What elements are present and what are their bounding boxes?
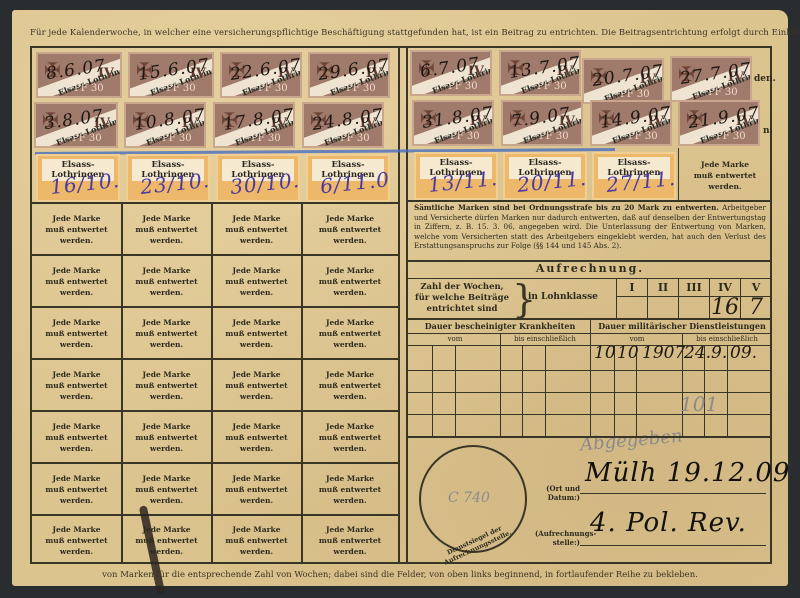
military-header: Dauer militärischer Dienstleistungen: [592, 321, 772, 331]
brown-stamp: ✠ Elsass-Lothringen IV PF 30 27.7.07: [670, 56, 752, 102]
divider: [590, 318, 591, 436]
empty-stamp-field: Jede Markemuß entwertet werden.: [302, 358, 398, 410]
stamp-value: PF 30: [708, 87, 738, 98]
notice-bold: Sämtliche Marken sind bei Ordnungsstrafe…: [414, 203, 719, 212]
cell-line-2: muß entwertet werden.: [122, 276, 211, 298]
place-date-value: Mülh 19.12.09: [585, 458, 790, 488]
stamp-value: PF 30: [716, 131, 746, 142]
orange-stamp: Elsass-Lothringen 27/11.09: [592, 152, 676, 200]
cell-line-1: Jede Marke: [142, 213, 190, 224]
brown-stamp: ✠ Elsass-Lothringen IV PF 30 21.9.07: [678, 100, 760, 146]
cell-line-2: muß entwertet werden.: [302, 535, 398, 557]
empty-stamp-field: Jede Markemuß entwertet werden.: [122, 514, 211, 564]
cell-line-1: Jede Marke: [326, 213, 374, 224]
stamp-value: PF 30: [537, 81, 567, 92]
military-from-label: vom: [592, 335, 682, 343]
cell-line-1: Jede Marke: [326, 369, 374, 380]
illness-from-label: vom: [410, 335, 500, 343]
brown-stamp: ✠ Elsass-Lothringen IV PF 30 20.7.07: [582, 58, 664, 104]
orange-stamp: Elsass-Lothringen 23/10.09: [126, 154, 210, 202]
stamp-value: PF 30: [448, 81, 478, 92]
cell-line-2: muß entwertet werden.: [302, 380, 398, 402]
empty-stamp-field: Jede Markemuß entwertet werden.: [32, 462, 121, 514]
cell-line-2: muß entwertet werden.: [122, 224, 211, 246]
stamp-value: PF 30: [162, 133, 192, 144]
cell-line-1: Jede Marke: [232, 473, 280, 484]
class-value-IV: 16: [710, 295, 740, 320]
brown-stamp: ✠ Elsass-Lothringen IV PF 30 8.6.07: [36, 52, 122, 98]
orange-stamp: Elsass-Lothringen 30/10.09: [216, 154, 300, 202]
brown-stamp: ✠ Elsass-Lothringen IV PF 30 10.8.07: [124, 102, 206, 148]
cell-line-2: muß entwertet werden.: [302, 224, 398, 246]
empty-stamp-field: Jede Markemuß entwertet werden.: [212, 462, 301, 514]
cell-line-2: muß entwertet werden.: [212, 276, 301, 298]
section-divider: [408, 200, 772, 202]
cell-line-2: muß entwertet werden.: [212, 535, 301, 557]
empty-stamp-field: Jede Markemuß entwertet werden.: [122, 410, 211, 462]
brown-stamp: ✠ Elsass-Lothringen IV PF 30 7.9.07: [501, 100, 583, 146]
cell-line-1: Jede Marke: [142, 265, 190, 276]
place-date-label: (Ort und Datum:): [540, 485, 580, 502]
cell-line-1: Jede Marke: [52, 369, 100, 380]
empty-stamp-field: Jede Markemuß entwertet werden.: [122, 306, 211, 358]
grid-line: [455, 345, 456, 436]
military-from-day: 10: [594, 343, 616, 363]
empty-stamp-field: Jede Markemuß entwertet werden.: [212, 358, 301, 410]
stamp-value: PF 30: [628, 131, 658, 142]
divider: [408, 333, 772, 334]
aufrechnung-title: Aufrechnung.: [408, 262, 772, 275]
section-divider: [408, 436, 772, 438]
pencil-note: 101: [680, 392, 718, 416]
cell-line-2: muß entwertet werden.: [122, 432, 211, 454]
grid-line: [522, 345, 523, 436]
stamp-value: PF 30: [346, 83, 376, 94]
empty-stamp-field: Jede Markemuß entwertet werden.: [32, 202, 121, 254]
office-line: [580, 545, 766, 546]
brown-stamp: ✠ Elsass-Lothringen IV PF 30 6.7.07: [410, 50, 492, 96]
empty-stamp-field: Jede Markemuß entwertet werden.: [122, 254, 211, 306]
empty-stamp-field: Jede Markemuß entwertet werden.: [32, 358, 121, 410]
cell-line-2: muß entwertet werden.: [122, 380, 211, 402]
cell-line-2: muß entwertet werden.: [212, 224, 301, 246]
grid-line: [500, 333, 501, 436]
divider: [678, 148, 679, 200]
brown-stamp: ✠ Elsass-Lothringen IV PF 30 14.9.07: [590, 100, 672, 146]
cell-line-2: muß entwertet werden.: [302, 484, 398, 506]
military-to-year: 09.: [730, 343, 757, 363]
cell-line-2: muß entwertet werden.: [32, 276, 121, 298]
stamp-value: PF 30: [450, 131, 480, 142]
cell-line-1: Jede Marke: [142, 421, 190, 432]
empty-stamp-field: Jede Markemuß entwertet werden.: [212, 410, 301, 462]
military-to-label: bis einschließlich: [682, 335, 772, 343]
cell-line-2: muß entwertet werden.: [212, 484, 301, 506]
empty-stamp-field: Jede Markemuß entwertet werden.: [32, 254, 121, 306]
seal-pencil-note: C 740: [448, 490, 490, 506]
cell-line-1: Jede Marke: [326, 421, 374, 432]
empty-stamp-field: Jede Markemuß entwertet werden.: [302, 462, 398, 514]
stamp-value: PF 30: [166, 83, 196, 94]
cell-line-1: Jede Marke: [232, 369, 280, 380]
stamp-value: PF 30: [340, 133, 370, 144]
footer-instruction: von Marken für die entsprechende Zahl vo…: [30, 570, 770, 580]
grid-line: [432, 345, 433, 436]
cell-line-2: muß entwertet werden.: [122, 535, 211, 557]
cell-line-1: Jede Marke: [142, 317, 190, 328]
cell-line-2: muß entwertet werden.: [122, 484, 211, 506]
grid-line: [545, 345, 546, 436]
cell-line-1: Jede Marke: [701, 159, 749, 170]
cell-line-1: Jede Marke: [232, 317, 280, 328]
class-header-IV: IV: [710, 281, 740, 294]
empty-stamp-field: Jede Markemuß entwertet werden.: [32, 306, 121, 358]
cell-line-1: Jede Marke: [142, 473, 190, 484]
brown-stamp: ✠ Elsass-Lothringen IV PF 30 15.6.07: [128, 52, 214, 98]
cell-line-2: muß entwertet werden.: [32, 484, 121, 506]
cell-line-2: muß entwertet werden.: [32, 380, 121, 402]
cell-line-2: muß entwertet werden.: [122, 328, 211, 350]
center-divider: [398, 46, 408, 564]
cell-line-2: muß entwertet werden.: [32, 432, 121, 454]
empty-stamp-field: Jede Markemuß entwertet werden.: [212, 514, 301, 564]
cell-line-2: muß entwertet werden.: [212, 432, 301, 454]
cell-line-1: Jede Marke: [52, 265, 100, 276]
place-date-line: [580, 493, 766, 494]
cell-line-1: Jede Marke: [326, 265, 374, 276]
stamp-value: PF 30: [620, 89, 650, 100]
orange-stamp: Elsass-Lothringen 20/11.09: [503, 152, 587, 200]
empty-stamp-field: Jede Marke muß entwertet werden.: [680, 150, 770, 200]
empty-stamp-field: Jede Markemuß entwertet werden.: [122, 358, 211, 410]
orange-stamp: Elsass-Lothringen 13/11.09: [414, 152, 498, 200]
cell-line-1: Jede Marke: [52, 473, 100, 484]
cell-line-1: Jede Marke: [326, 524, 374, 535]
grid-line: [408, 370, 772, 371]
row-suffix: den.: [754, 74, 776, 84]
cell-line-1: Jede Marke: [326, 473, 374, 484]
cell-line-2: muß entwertet werden.: [32, 328, 121, 350]
military-from-year: 1907: [642, 343, 685, 363]
military-from-month: 10: [617, 343, 639, 363]
weeks-label: Zahl der Wochen, für welche Beiträge ent…: [412, 282, 512, 315]
military-to-daymonth: 24.9.: [684, 343, 727, 363]
empty-stamp-field: Jede Markemuß entwertet werden.: [32, 410, 121, 462]
stamp-value: PF 30: [539, 131, 569, 142]
illness-to-label: bis einschließlich: [500, 335, 590, 343]
office-label: (Aufrechnungs-stelle:): [535, 530, 580, 547]
divider: [408, 278, 772, 279]
brown-stamp: ✠ Elsass-Lothringen IV PF 30 17.8.07: [213, 102, 295, 148]
cell-line-1: Jede Marke: [52, 317, 100, 328]
brown-stamp: ✠ Elsass-Lothringen IV PF 30 22.6.07: [220, 52, 302, 98]
cell-line-1: Jede Marke: [326, 317, 374, 328]
cell-line-2: muß entwertet werden.: [302, 432, 398, 454]
cancellation-notice: Sämtliche Marken sind bei Ordnungsstrafe…: [414, 203, 766, 251]
class-header-I: I: [617, 281, 647, 294]
empty-stamp-field: Jede Markemuß entwertet werden.: [302, 254, 398, 306]
orange-stamp: Elsass-Lothringen 16/10.09: [36, 154, 120, 202]
empty-stamp-field: Jede Markemuß entwertet werden.: [212, 202, 301, 254]
cell-line-1: Jede Marke: [232, 213, 280, 224]
empty-stamp-field: Jede Markemuß entwertet werden.: [122, 202, 211, 254]
cell-line-1: Jede Marke: [52, 421, 100, 432]
empty-stamp-field: Jede Markemuß entwertet werden.: [32, 514, 121, 564]
empty-stamp-field: Jede Markemuß entwertet werden.: [302, 514, 398, 564]
orange-stamp: Elsass-Lothringen 6/11.09: [306, 154, 390, 202]
cell-line-2: muß entwertet werden.: [32, 224, 121, 246]
cell-line-1: Jede Marke: [232, 421, 280, 432]
brown-stamp: ✠ Elsass-Lothringen IV PF 30 29.6.07: [308, 52, 390, 98]
brown-stamp: ✠ Elsass-Lothringen IV PF 30 24.8.07: [302, 102, 384, 148]
class-header-V: V: [741, 281, 771, 294]
illness-header: Dauer bescheinigter Krankheiten: [410, 321, 590, 331]
lohnklasse-label: in Lohnklasse: [528, 292, 598, 302]
class-header-III: III: [679, 281, 709, 294]
brown-stamp: ✠ Elsass-Lothringen IV PF 30 31.8.07: [412, 100, 494, 146]
cell-line-2: muß entwertet werden.: [302, 276, 398, 298]
header-instruction: Für jede Kalenderwoche, in welcher eine …: [30, 28, 770, 38]
cell-line-2: muß entwertet werden.: [32, 535, 121, 557]
cell-line-1: Jede Marke: [232, 524, 280, 535]
cell-line-2: muß entwertet werden.: [680, 170, 770, 192]
row-suffix: n.: [763, 126, 773, 136]
office-value: 4. Pol. Rev.: [590, 508, 747, 538]
stamp-value: PF 30: [251, 133, 281, 144]
empty-stamp-field: Jede Markemuß entwertet werden.: [302, 306, 398, 358]
empty-stamp-field: Jede Markemuß entwertet werden.: [212, 306, 301, 358]
cell-line-2: muß entwertet werden.: [212, 328, 301, 350]
class-value-V: 7: [741, 295, 771, 320]
stamp-value: PF 30: [72, 133, 102, 144]
stamp-value: PF 30: [74, 83, 104, 94]
empty-stamp-field: Jede Markemuß entwertet werden.: [302, 202, 398, 254]
cell-line-1: Jede Marke: [232, 265, 280, 276]
cell-line-2: muß entwertet werden.: [212, 380, 301, 402]
cell-line-2: muß entwertet werden.: [302, 328, 398, 350]
cell-line-1: Jede Marke: [52, 524, 100, 535]
cell-line-1: Jede Marke: [142, 369, 190, 380]
brown-stamp: ✠ Elsass-Lothringen IV PF 30 13.7.07: [499, 50, 581, 96]
empty-stamp-field: Jede Markemuß entwertet werden.: [122, 462, 211, 514]
brown-stamp: ✠ Elsass-Lothringen IV PF 30 3.8.07: [34, 102, 118, 148]
empty-stamp-field: Jede Markemuß entwertet werden.: [212, 254, 301, 306]
empty-stamp-field: Jede Markemuß entwertet werden.: [302, 410, 398, 462]
class-header-II: II: [648, 281, 678, 294]
stamp-value: PF 30: [258, 83, 288, 94]
cell-line-1: Jede Marke: [52, 213, 100, 224]
